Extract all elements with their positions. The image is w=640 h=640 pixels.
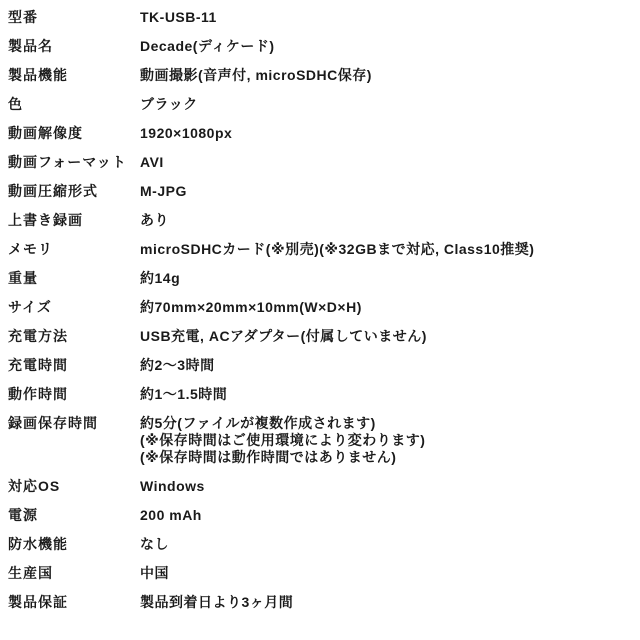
spec-value-line: 中国	[140, 565, 634, 582]
spec-value-line: 約1～1.5時間	[140, 386, 634, 403]
spec-value: ブラック	[140, 96, 634, 113]
spec-value: 約1～1.5時間	[140, 386, 634, 403]
spec-row: 防水機能なし	[8, 536, 634, 553]
spec-value-line: microSDHCカード(※別売)(※32GBまで対応, Class10推奨)	[140, 241, 634, 258]
spec-value-line: ブラック	[140, 96, 634, 113]
spec-row: 重量約14g	[8, 270, 634, 287]
spec-row: 録画保存時間約5分(ファイルが複数作成されます)(※保存時間はご使用環境により変…	[8, 415, 634, 466]
spec-row: メモリmicroSDHCカード(※別売)(※32GBまで対応, Class10推…	[8, 241, 634, 258]
spec-value-line: Windows	[140, 478, 634, 495]
spec-row: 色ブラック	[8, 96, 634, 113]
spec-value: 約70mm×20mm×10mm(W×D×H)	[140, 299, 634, 316]
spec-label: 動画圧縮形式	[8, 183, 140, 200]
spec-value-line: 200 mAh	[140, 507, 634, 524]
spec-row: 充電方法USB充電, ACアダプター(付属していません)	[8, 328, 634, 345]
spec-value-line: 1920×1080px	[140, 125, 634, 142]
product-spec-table: 型番TK-USB-11製品名Decade(ディケード)製品機能動画撮影(音声付,…	[0, 0, 640, 611]
spec-label: 製品保証	[8, 594, 140, 611]
spec-label: 動画フォーマット	[8, 154, 140, 171]
spec-label: 動作時間	[8, 386, 140, 403]
spec-label: 防水機能	[8, 536, 140, 553]
spec-row: 充電時間約2～3時間	[8, 357, 634, 374]
spec-value: 1920×1080px	[140, 125, 634, 142]
spec-label: 色	[8, 96, 140, 113]
spec-value-line: 約5分(ファイルが複数作成されます)	[140, 415, 634, 432]
spec-label: 上書き録画	[8, 212, 140, 229]
spec-value: USB充電, ACアダプター(付属していません)	[140, 328, 634, 345]
spec-row: 製品保証製品到着日より3ヶ月間	[8, 594, 634, 611]
spec-row: 対応OSWindows	[8, 478, 634, 495]
spec-value: 製品到着日より3ヶ月間	[140, 594, 634, 611]
spec-value-line: 約70mm×20mm×10mm(W×D×H)	[140, 299, 634, 316]
spec-label: 重量	[8, 270, 140, 287]
spec-value: microSDHCカード(※別売)(※32GBまで対応, Class10推奨)	[140, 241, 634, 258]
spec-label: 型番	[8, 9, 140, 26]
spec-value-line: あり	[140, 212, 634, 229]
spec-value: TK-USB-11	[140, 9, 634, 26]
spec-value-line: 製品到着日より3ヶ月間	[140, 594, 634, 611]
spec-value-line: AVI	[140, 154, 634, 171]
spec-row: 生産国中国	[8, 565, 634, 582]
spec-value: 動画撮影(音声付, microSDHC保存)	[140, 67, 634, 84]
spec-label: 電源	[8, 507, 140, 524]
spec-label: 生産国	[8, 565, 140, 582]
spec-value-line: なし	[140, 536, 634, 553]
spec-label: 製品名	[8, 38, 140, 55]
spec-label: 対応OS	[8, 478, 140, 495]
spec-value: 約14g	[140, 270, 634, 287]
spec-row: サイズ約70mm×20mm×10mm(W×D×H)	[8, 299, 634, 316]
spec-value-line: 約14g	[140, 270, 634, 287]
spec-label: 充電時間	[8, 357, 140, 374]
spec-row: 型番TK-USB-11	[8, 9, 634, 26]
spec-value: Windows	[140, 478, 634, 495]
spec-label: 録画保存時間	[8, 415, 140, 432]
spec-row: 電源200 mAh	[8, 507, 634, 524]
spec-value: 200 mAh	[140, 507, 634, 524]
spec-value-line: M-JPG	[140, 183, 634, 200]
spec-row: 動画フォーマットAVI	[8, 154, 634, 171]
spec-row: 上書き録画あり	[8, 212, 634, 229]
spec-label: メモリ	[8, 241, 140, 258]
spec-value-line: TK-USB-11	[140, 9, 634, 26]
spec-value: あり	[140, 212, 634, 229]
spec-value: 中国	[140, 565, 634, 582]
spec-value: M-JPG	[140, 183, 634, 200]
spec-label: サイズ	[8, 299, 140, 316]
spec-value: なし	[140, 536, 634, 553]
spec-row: 動作時間約1～1.5時間	[8, 386, 634, 403]
spec-label: 動画解像度	[8, 125, 140, 142]
spec-value: 約5分(ファイルが複数作成されます)(※保存時間はご使用環境により変わります)(…	[140, 415, 634, 466]
spec-value-line: 動画撮影(音声付, microSDHC保存)	[140, 67, 634, 84]
spec-label: 製品機能	[8, 67, 140, 84]
spec-row: 製品機能動画撮影(音声付, microSDHC保存)	[8, 67, 634, 84]
spec-value: Decade(ディケード)	[140, 38, 634, 55]
spec-value-line: USB充電, ACアダプター(付属していません)	[140, 328, 634, 345]
spec-row: 動画解像度1920×1080px	[8, 125, 634, 142]
spec-value: 約2～3時間	[140, 357, 634, 374]
spec-value-line: (※保存時間はご使用環境により変わります)	[140, 432, 634, 449]
spec-label: 充電方法	[8, 328, 140, 345]
spec-value-line: 約2～3時間	[140, 357, 634, 374]
spec-value: AVI	[140, 154, 634, 171]
spec-row: 動画圧縮形式M-JPG	[8, 183, 634, 200]
spec-value-line: (※保存時間は動作時間ではありません)	[140, 449, 634, 466]
spec-value-line: Decade(ディケード)	[140, 38, 634, 55]
spec-row: 製品名Decade(ディケード)	[8, 38, 634, 55]
